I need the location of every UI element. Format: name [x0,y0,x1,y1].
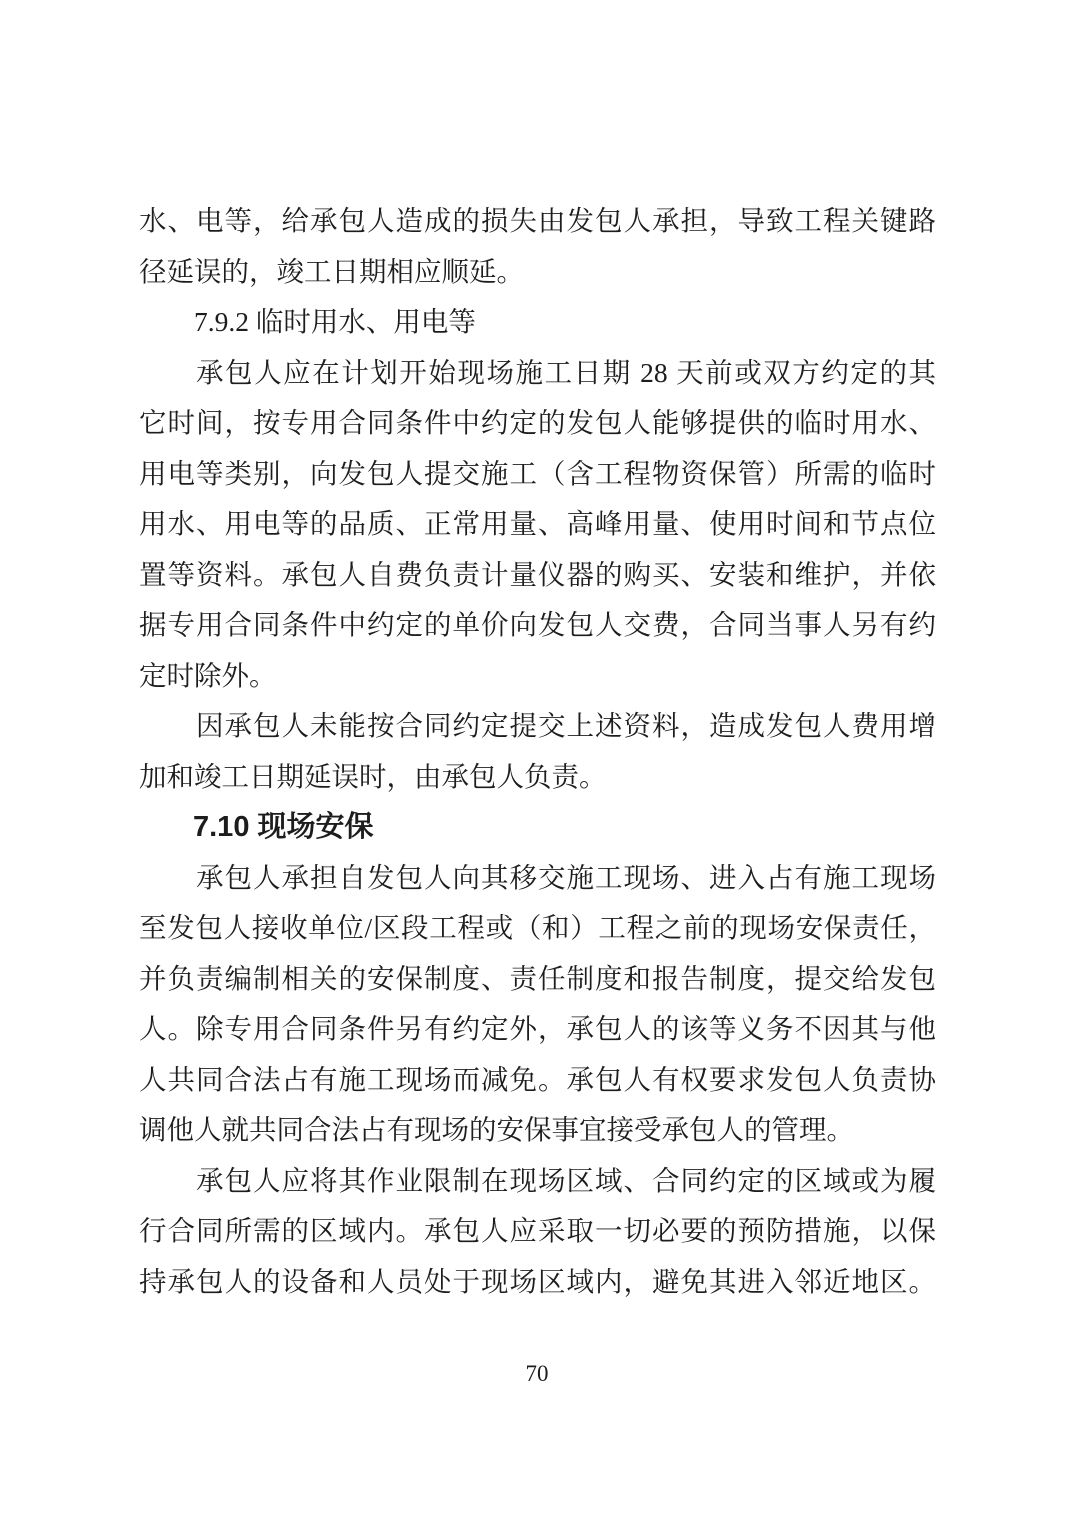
section-heading-7-9-2: 7.9.2 临时用水、用电等 [139,297,936,348]
text-line: 人共同合法占有施工现场而减免。承包人有权要求发包人负责协 [139,1055,936,1106]
text-line: 据专用合同条件中约定的单价向发包人交费，合同当事人另有约 [139,600,936,651]
text-line: 置等资料。承包人自费负责计量仪器的购买、安装和维护，并依 [139,550,936,601]
page-number: 70 [0,1356,1074,1392]
text-line: 承包人承担自发包人向其移交施工现场、进入占有施工现场 [139,853,936,904]
text-line: 承包人应将其作业限制在现场区域、合同约定的区域或为履 [139,1156,936,1207]
text-block: 水、电等，给承包人造成的损失由发包人承担，导致工程关键路 径延误的，竣工日期相应… [139,196,936,1307]
text-line: 加和竣工日期延误时，由承包人负责。 [139,752,936,803]
text-line: 它时间，按专用合同条件中约定的发包人能够提供的临时用水、 [139,398,936,449]
document-page: 水、电等，给承包人造成的损失由发包人承担，导致工程关键路 径延误的，竣工日期相应… [0,0,1074,1520]
text-line: 承包人应在计划开始现场施工日期 28 天前或双方约定的其 [139,348,936,399]
text-line: 水、电等，给承包人造成的损失由发包人承担，导致工程关键路 [139,196,936,247]
text-line: 至发包人接收单位/区段工程或（和）工程之前的现场安保责任， [139,903,936,954]
text-line: 用电等类别，向发包人提交施工（含工程物资保管）所需的临时 [139,449,936,500]
text-line: 定时除外。 [139,651,936,702]
text-line: 行合同所需的区域内。承包人应采取一切必要的预防措施，以保 [139,1206,936,1257]
section-heading-7-10: 7.10 现场安保 [139,802,936,853]
text-line: 径延误的，竣工日期相应顺延。 [139,247,936,298]
text-line: 持承包人的设备和人员处于现场区域内，避免其进入邻近地区。 [139,1257,936,1308]
text-line: 并负责编制相关的安保制度、责任制度和报告制度，提交给发包 [139,954,936,1005]
text-line: 调他人就共同合法占有现场的安保事宜接受承包人的管理。 [139,1105,936,1156]
text-line: 用水、用电等的品质、正常用量、高峰用量、使用时间和节点位 [139,499,936,550]
text-line: 人。除专用合同条件另有约定外，承包人的该等义务不因其与他 [139,1004,936,1055]
text-line: 因承包人未能按合同约定提交上述资料，造成发包人费用增 [139,701,936,752]
